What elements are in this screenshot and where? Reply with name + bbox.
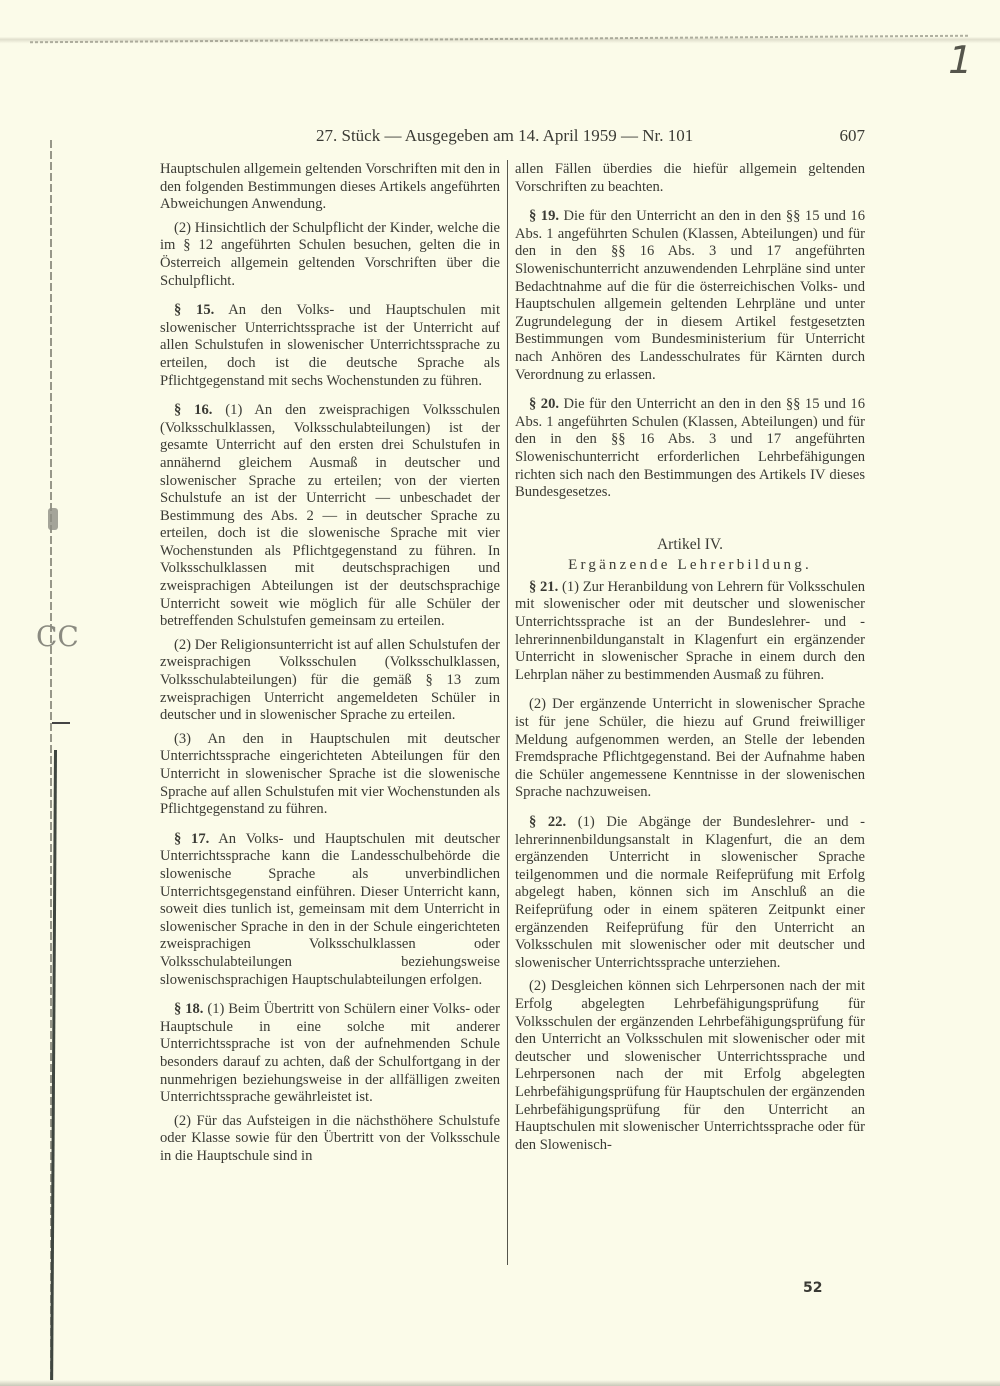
section-number: § 16. <box>174 402 212 418</box>
column-divider <box>507 160 508 1265</box>
paragraph: (3) An den in Hauptschulen mit deutscher… <box>160 731 500 819</box>
article-subheading: Ergänzende Lehrerbildung. <box>515 557 865 575</box>
right-column: allen Fällen überdies die hiefür allgeme… <box>515 161 865 1154</box>
paragraph-text: (1) Die Abgänge der Bundeslehrer- und -l… <box>515 814 865 971</box>
paragraph: (2) Desgleichen können sich Lehrpersonen… <box>515 978 865 1154</box>
paragraph: § 20. Die für den Unterricht an den in d… <box>515 396 865 502</box>
right-column-sections-19-20: allen Fällen überdies die hiefür allgeme… <box>515 161 865 502</box>
paragraph: § 18. (1) Beim Übertritt von Schülern ei… <box>160 1001 500 1107</box>
running-title: 27. Stück — Ausgegeben am 14. April 1959… <box>316 126 693 146</box>
right-column-sections-21-22: § 21. (1) Zur Heranbildung von Lehrern f… <box>515 579 865 1154</box>
sheet-number: 52 <box>803 1280 822 1296</box>
paragraph: § 15. An den Volks- und Hauptschulen mit… <box>160 302 500 390</box>
margin-tick-mark <box>52 722 70 724</box>
paragraph-text: Die für den Unterricht an den in den §§ … <box>515 396 865 500</box>
paragraph-text: (1) Beim Übertritt von Schülern einer Vo… <box>160 1001 500 1105</box>
paragraph-text: Hauptschulen allgemein geltenden Vorschr… <box>160 161 500 212</box>
paragraph: allen Fällen überdies die hiefür allgeme… <box>515 161 865 196</box>
paragraph-text: (2) Desgleichen können sich Lehrpersonen… <box>515 978 865 1152</box>
section-number: § 20. <box>529 396 559 412</box>
left-column: Hauptschulen allgemein geltenden Vorschr… <box>160 161 500 1165</box>
margin-ink-blot <box>48 508 58 530</box>
paragraph: § 21. (1) Zur Heranbildung von Lehrern f… <box>515 579 865 685</box>
paragraph-text: (1) An den zweisprachigen Volksschulen (… <box>160 402 500 629</box>
section-number: § 15. <box>174 302 214 318</box>
paragraph-text: An Volks- und Hauptschulen mit deutscher… <box>160 831 500 988</box>
paragraph-text: (2) Der Religionsunterricht ist auf alle… <box>160 637 500 723</box>
section-number: § 22. <box>529 814 566 830</box>
paragraph: (2) Der ergänzende Unterricht in sloweni… <box>515 696 865 802</box>
paragraph-text: (2) Der ergänzende Unterricht in sloweni… <box>515 696 865 800</box>
paragraph-text: (2) Für das Aufsteigen in die nächsthöhe… <box>160 1113 500 1164</box>
paragraph: (2) Der Religionsunterricht ist auf alle… <box>160 637 500 725</box>
section-number: § 17. <box>174 831 209 847</box>
page-number: 607 <box>840 126 866 146</box>
paragraph: § 22. (1) Die Abgänge der Bundeslehrer- … <box>515 814 865 972</box>
paragraph-text: (2) Hinsichtlich der Schulpflicht der Ki… <box>160 220 500 289</box>
paragraph: (2) Für das Aufsteigen in die nächsthöhe… <box>160 1113 500 1166</box>
paragraph: Hauptschulen allgemein geltenden Vorschr… <box>160 161 500 214</box>
paragraph-text: (1) Zur Heranbildung von Lehrern für Vol… <box>515 579 865 683</box>
paragraph-text: (3) An den in Hauptschulen mit deutscher… <box>160 731 500 817</box>
paragraph: § 19. Die für den Unterricht an den in d… <box>515 208 865 384</box>
section-number: § 21. <box>529 579 558 595</box>
article-heading: Artikel IV. <box>515 536 865 554</box>
paragraph: § 16. (1) An den zweisprachigen Volkssch… <box>160 402 500 631</box>
scan-bottom-edge <box>0 1380 1000 1386</box>
paragraph-text: Die für den Unterricht an den in den §§ … <box>515 208 865 382</box>
paragraph-text: allen Fällen überdies die hiefür allgeme… <box>515 161 865 195</box>
section-number: § 18. <box>174 1001 203 1017</box>
section-number: § 19. <box>529 208 559 224</box>
paragraph: (2) Hinsichtlich der Schulpflicht der Ki… <box>160 220 500 290</box>
margin-handwritten-cc: CC <box>36 620 79 653</box>
paragraph: § 17. An Volks- und Hauptschulen mit deu… <box>160 831 500 989</box>
